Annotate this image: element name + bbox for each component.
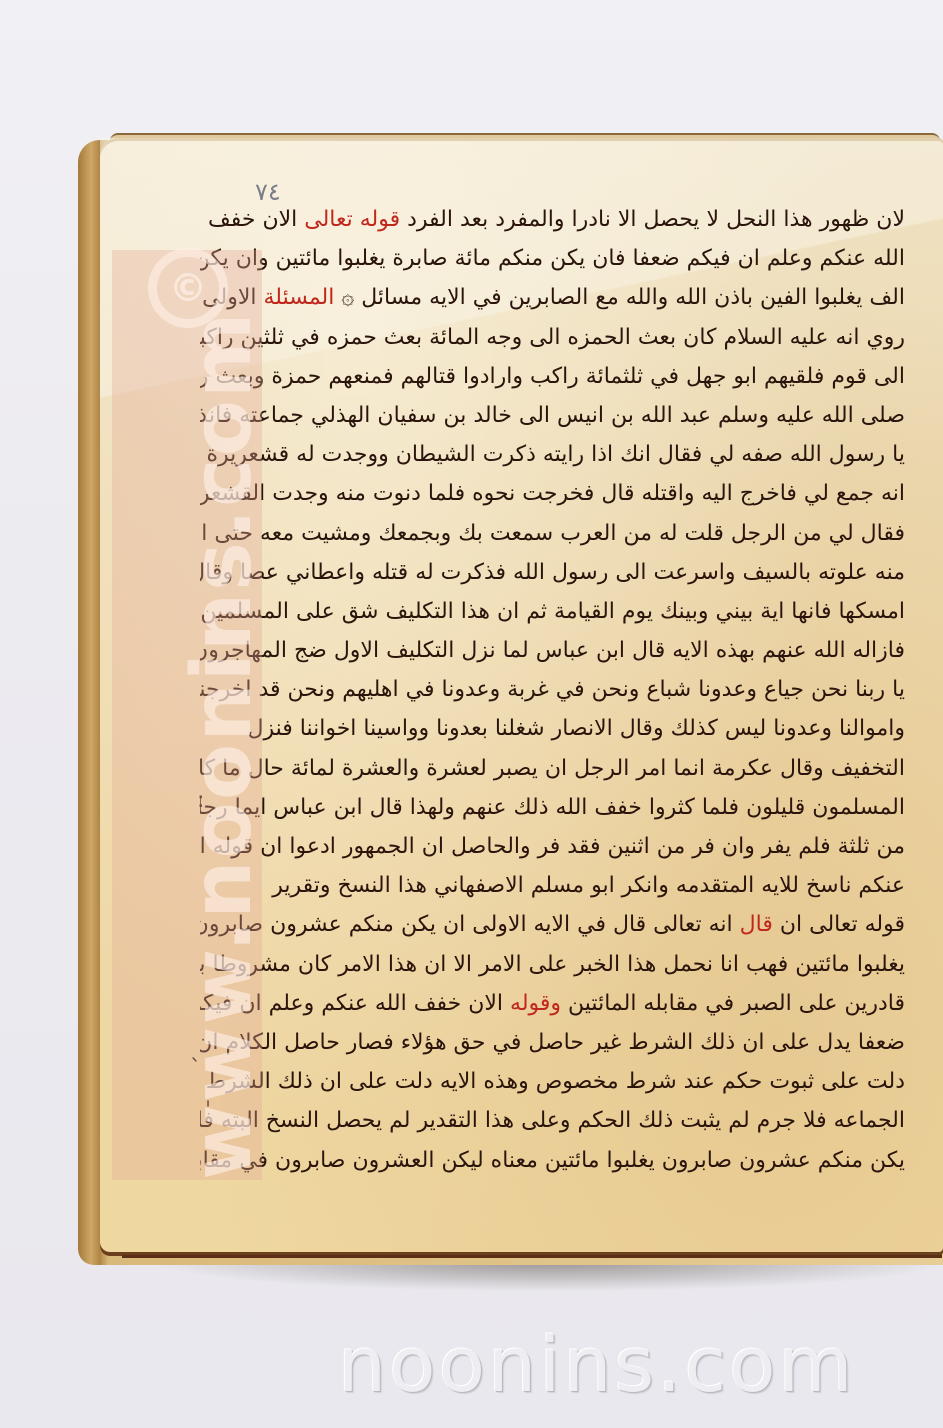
line-text: انه جمع لي فاخرج اليه واقتله قال فخرجت ن… bbox=[200, 481, 905, 506]
manuscript-line: الى قوم فلقيهم ابو جهل في ثلثمائة راكب و… bbox=[200, 357, 905, 396]
rubric-text: المسئلة bbox=[264, 285, 335, 310]
line-text: لان ظهور هذا النحل لا يحصل الا نادرا وال… bbox=[400, 207, 905, 232]
manuscript-line: الجماعه فلا جرم لم يثبت ذلك الحكم وعلى ه… bbox=[200, 1101, 905, 1140]
line-text: الان خفف bbox=[208, 207, 304, 232]
manuscript-line: يا ربنا نحن جياع وعدونا شباع ونحن في غرب… bbox=[200, 670, 905, 709]
line-text: يكن منكم عشرون صابرون يغلبوا مائتين معنا… bbox=[200, 1148, 905, 1173]
line-text: انه تعالى قال في الايه الاولى ان يكن منك… bbox=[200, 912, 740, 937]
line-text: روي انه عليه السلام كان بعث الحمزه الى و… bbox=[200, 325, 905, 350]
line-text: التخفيف وقال عكرمة انما امر الرجل ان يصب… bbox=[200, 756, 905, 781]
manuscript-line: ضعفا يدل على ان ذلك الشرط غير حاصل في حق… bbox=[200, 1023, 905, 1062]
manuscript-line: روي انه عليه السلام كان بعث الحمزه الى و… bbox=[200, 318, 905, 357]
rubric-text: وقوله bbox=[510, 991, 561, 1016]
manuscript-line: امسكها فانها اية بيني وبينك يوم القيامة … bbox=[200, 592, 905, 631]
line-text: الجماعه فلا جرم لم يثبت ذلك الحكم وعلى ه… bbox=[200, 1108, 905, 1133]
line-text: المسلمون قليلون فلما كثروا خفف الله ذلك … bbox=[200, 795, 905, 820]
manuscript-line: عنكم ناسخ للايه المتقدمه وانكر ابو مسلم … bbox=[200, 866, 905, 905]
line-text: ضعفا يدل على ان ذلك الشرط غير حاصل في حق… bbox=[200, 1030, 905, 1055]
line-text: فازاله الله عنهم بهذه الايه قال ابن عباس… bbox=[200, 638, 905, 663]
manuscript-line: من ثلثة فلم يفر وان فر من اثنين فقد فر و… bbox=[200, 827, 905, 866]
line-text: الف يغلبوا الفين باذن الله والله مع الصا… bbox=[334, 285, 905, 310]
line-text: عنكم ناسخ للايه المتقدمه وانكر ابو مسلم … bbox=[272, 873, 905, 898]
manuscript-line: صلى الله عليه وسلم عبد الله بن انيس الى … bbox=[200, 396, 905, 435]
manuscript-line: الله عنكم وعلم ان فيكم ضعفا فان يكن منكم… bbox=[200, 239, 905, 278]
manuscript-line: قادرين على الصبر في مقابله المائتين وقول… bbox=[200, 984, 905, 1023]
line-text: منه علوته بالسيف واسرعت الى رسول الله فذ… bbox=[200, 560, 905, 585]
line-text: فقال لي من الرجل قلت له من العرب سمعت بك… bbox=[200, 521, 905, 546]
rubric-text: قال bbox=[740, 912, 773, 937]
copyright-symbol: © bbox=[169, 266, 207, 310]
manuscript-line: يا رسول الله صفه لي فقال انك اذا رايته ذ… bbox=[200, 435, 905, 474]
line-text: قادرين على الصبر في مقابله المائتين bbox=[561, 991, 905, 1016]
manuscript-line: لان ظهور هذا النحل لا يحصل الا نادرا وال… bbox=[200, 200, 905, 239]
manuscript-line: انه جمع لي فاخرج اليه واقتله قال فخرجت ن… bbox=[200, 474, 905, 513]
line-text: واموالنا وعدونا ليس كذلك وقال الانصار شغ… bbox=[247, 716, 905, 741]
line-text: امسكها فانها اية بيني وبينك يوم القيامة … bbox=[200, 599, 905, 624]
page-bottom-border bbox=[122, 1255, 942, 1258]
manuscript-line: فازاله الله عنهم بهذه الايه قال ابن عباس… bbox=[200, 631, 905, 670]
line-text: قوله تعالى ان bbox=[773, 912, 905, 937]
line-text: يغلبوا مائتين فهب انا نحمل هذا الخبر على… bbox=[200, 952, 905, 977]
manuscript-text: لان ظهور هذا النحل لا يحصل الا نادرا وال… bbox=[200, 200, 905, 1180]
manuscript-line: منه علوته بالسيف واسرعت الى رسول الله فذ… bbox=[200, 553, 905, 592]
line-text: دلت على ثبوت حكم عند شرط مخصوص وهذه الاي… bbox=[200, 1069, 905, 1094]
line-text: صلى الله عليه وسلم عبد الله بن انيس الى … bbox=[200, 403, 905, 428]
rubric-text: قوله تعالى bbox=[304, 207, 400, 232]
manuscript-line: التخفيف وقال عكرمة انما امر الرجل ان يصب… bbox=[200, 749, 905, 788]
manuscript-line: يغلبوا مائتين فهب انا نحمل هذا الخبر على… bbox=[200, 945, 905, 984]
line-text: يا رسول الله صفه لي فقال انك اذا رايته ذ… bbox=[200, 442, 905, 467]
manuscript-line: المسلمون قليلون فلما كثروا خفف الله ذلك … bbox=[200, 788, 905, 827]
vertical-watermark: www.noonins.com bbox=[175, 311, 270, 1180]
manuscript-line: واموالنا وعدونا ليس كذلك وقال الانصار شغ… bbox=[200, 709, 905, 748]
line-text: الله عنكم وعلم ان فيكم ضعفا فان يكن منكم… bbox=[200, 246, 905, 271]
manuscript-line: دلت على ثبوت حكم عند شرط مخصوص وهذه الاي… bbox=[200, 1062, 905, 1101]
manuscript-line: فقال لي من الرجل قلت له من العرب سمعت بك… bbox=[200, 514, 905, 553]
manuscript-line: الف يغلبوا الفين باذن الله والله مع الصا… bbox=[200, 278, 905, 317]
bottom-watermark: noonins.com bbox=[338, 1320, 856, 1409]
book-shadow bbox=[150, 1262, 943, 1292]
line-text: يا ربنا نحن جياع وعدونا شباع ونحن في غرب… bbox=[200, 677, 905, 702]
manuscript-line: يكن منكم عشرون صابرون يغلبوا مائتين معنا… bbox=[200, 1141, 905, 1180]
manuscript-line: قوله تعالى ان قال انه تعالى قال في الايه… bbox=[200, 905, 905, 944]
line-text: الى قوم فلقيهم ابو جهل في ثلثمائة راكب و… bbox=[200, 364, 905, 389]
line-text: من ثلثة فلم يفر وان فر من اثنين فقد فر و… bbox=[200, 834, 905, 859]
